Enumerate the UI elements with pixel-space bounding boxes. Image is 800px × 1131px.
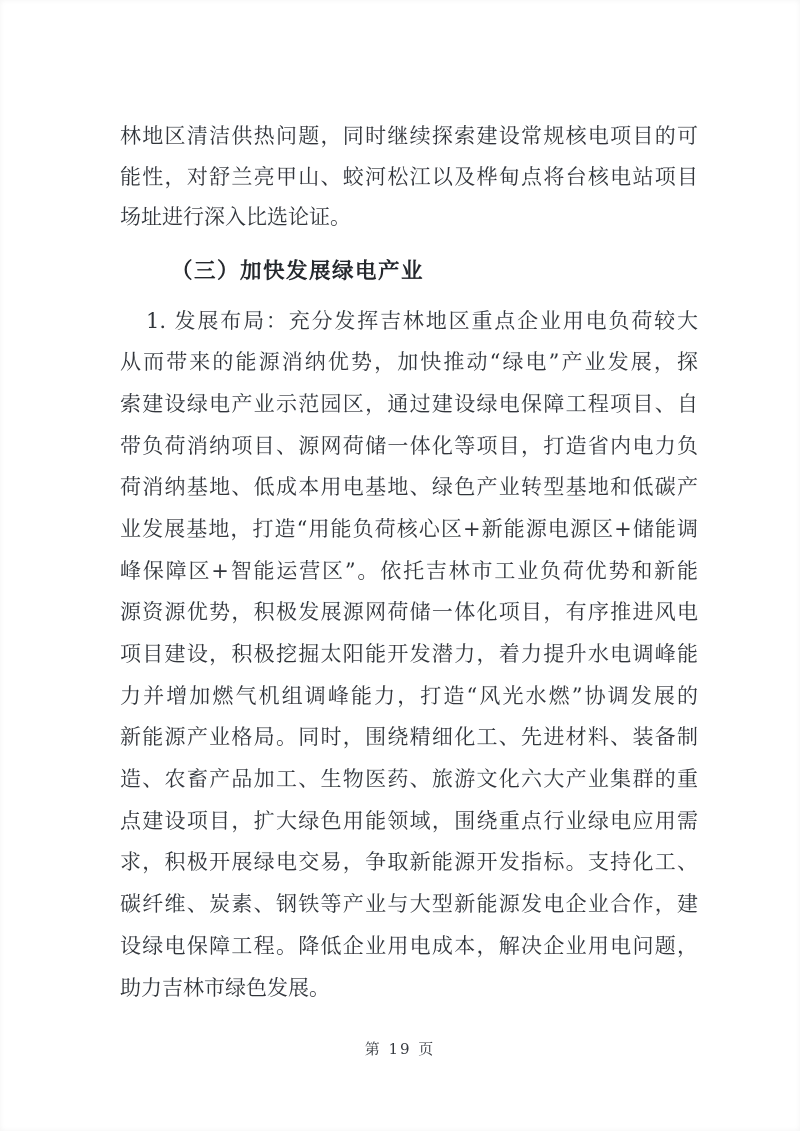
text-line: 助力吉林市绿色发展。 — [120, 968, 698, 1010]
text-line: 求，积极开展绿电交易，争取新能源开发指标。支持化工、 — [120, 842, 698, 884]
paragraph-continuation: 林地区清洁供热问题，同时继续探索建设常规核电项目的可 能性，对舒兰亮甲山、蛟河松… — [120, 116, 698, 238]
text-line: 从而带来的能源消纳优势，加快推动“绿电”产业发展，探 — [120, 342, 698, 384]
text-line: 索建设绿电产业示范园区，通过建设绿电保障工程项目、自 — [120, 384, 698, 426]
text-line: 新能源产业格局。同时，围绕精细化工、先进材料、装备制 — [120, 717, 698, 759]
text-line: 1. 发展布局：充分发挥吉林地区重点企业用电负荷较大 — [120, 301, 698, 343]
page-footer: 第 19 页 — [0, 1038, 800, 1059]
document-page: 林地区清洁供热问题，同时继续探索建设常规核电项目的可 能性，对舒兰亮甲山、蛟河松… — [0, 0, 800, 1131]
text-line: 带负荷消纳项目、源网荷储一体化等项目，打造省内电力负 — [120, 426, 698, 468]
text-line: 设绿电保障工程。降低企业用电成本，解决企业用电问题， — [120, 926, 698, 968]
text-line: 业发展基地，打造“用能负荷核心区+新能源电源区+储能调 — [120, 509, 698, 551]
text-line: 造、农畜产品加工、生物医药、旅游文化六大产业集群的重 — [120, 759, 698, 801]
text-line: 项目建设，积极挖掘太阳能开发潜力，着力提升水电调峰能 — [120, 634, 698, 676]
document-body: 林地区清洁供热问题，同时继续探索建设常规核电项目的可 能性，对舒兰亮甲山、蛟河松… — [120, 116, 698, 1009]
page-number: 第 19 页 — [365, 1040, 436, 1058]
text-line: 能性，对舒兰亮甲山、蛟河松江以及桦甸点将台核电站项目 — [120, 157, 698, 198]
text-line: 碳纤维、炭素、钢铁等产业与大型新能源发电企业合作，建 — [120, 884, 698, 926]
text-line: 点建设项目，扩大绿色用能领域，围绕重点行业绿电应用需 — [120, 801, 698, 843]
text-line: 力并增加燃气机组调峰能力，打造“风光水燃”协调发展的 — [120, 676, 698, 718]
paragraph-body: 1. 发展布局：充分发挥吉林地区重点企业用电负荷较大 从而带来的能源消纳优势，加… — [120, 301, 698, 1010]
text-line: 峰保障区+智能运营区”。依托吉林市工业负荷优势和新能 — [120, 551, 698, 593]
text-line: 场址进行深入比选论证。 — [120, 197, 698, 238]
text-line: 源资源优势，积极发展源网荷储一体化项目，有序推进风电 — [120, 592, 698, 634]
section-heading: （三）加快发展绿电产业 — [120, 252, 698, 292]
text-line: 林地区清洁供热问题，同时继续探索建设常规核电项目的可 — [120, 116, 698, 157]
text-line: 荷消纳基地、低成本用电基地、绿色产业转型基地和低碳产 — [120, 467, 698, 509]
